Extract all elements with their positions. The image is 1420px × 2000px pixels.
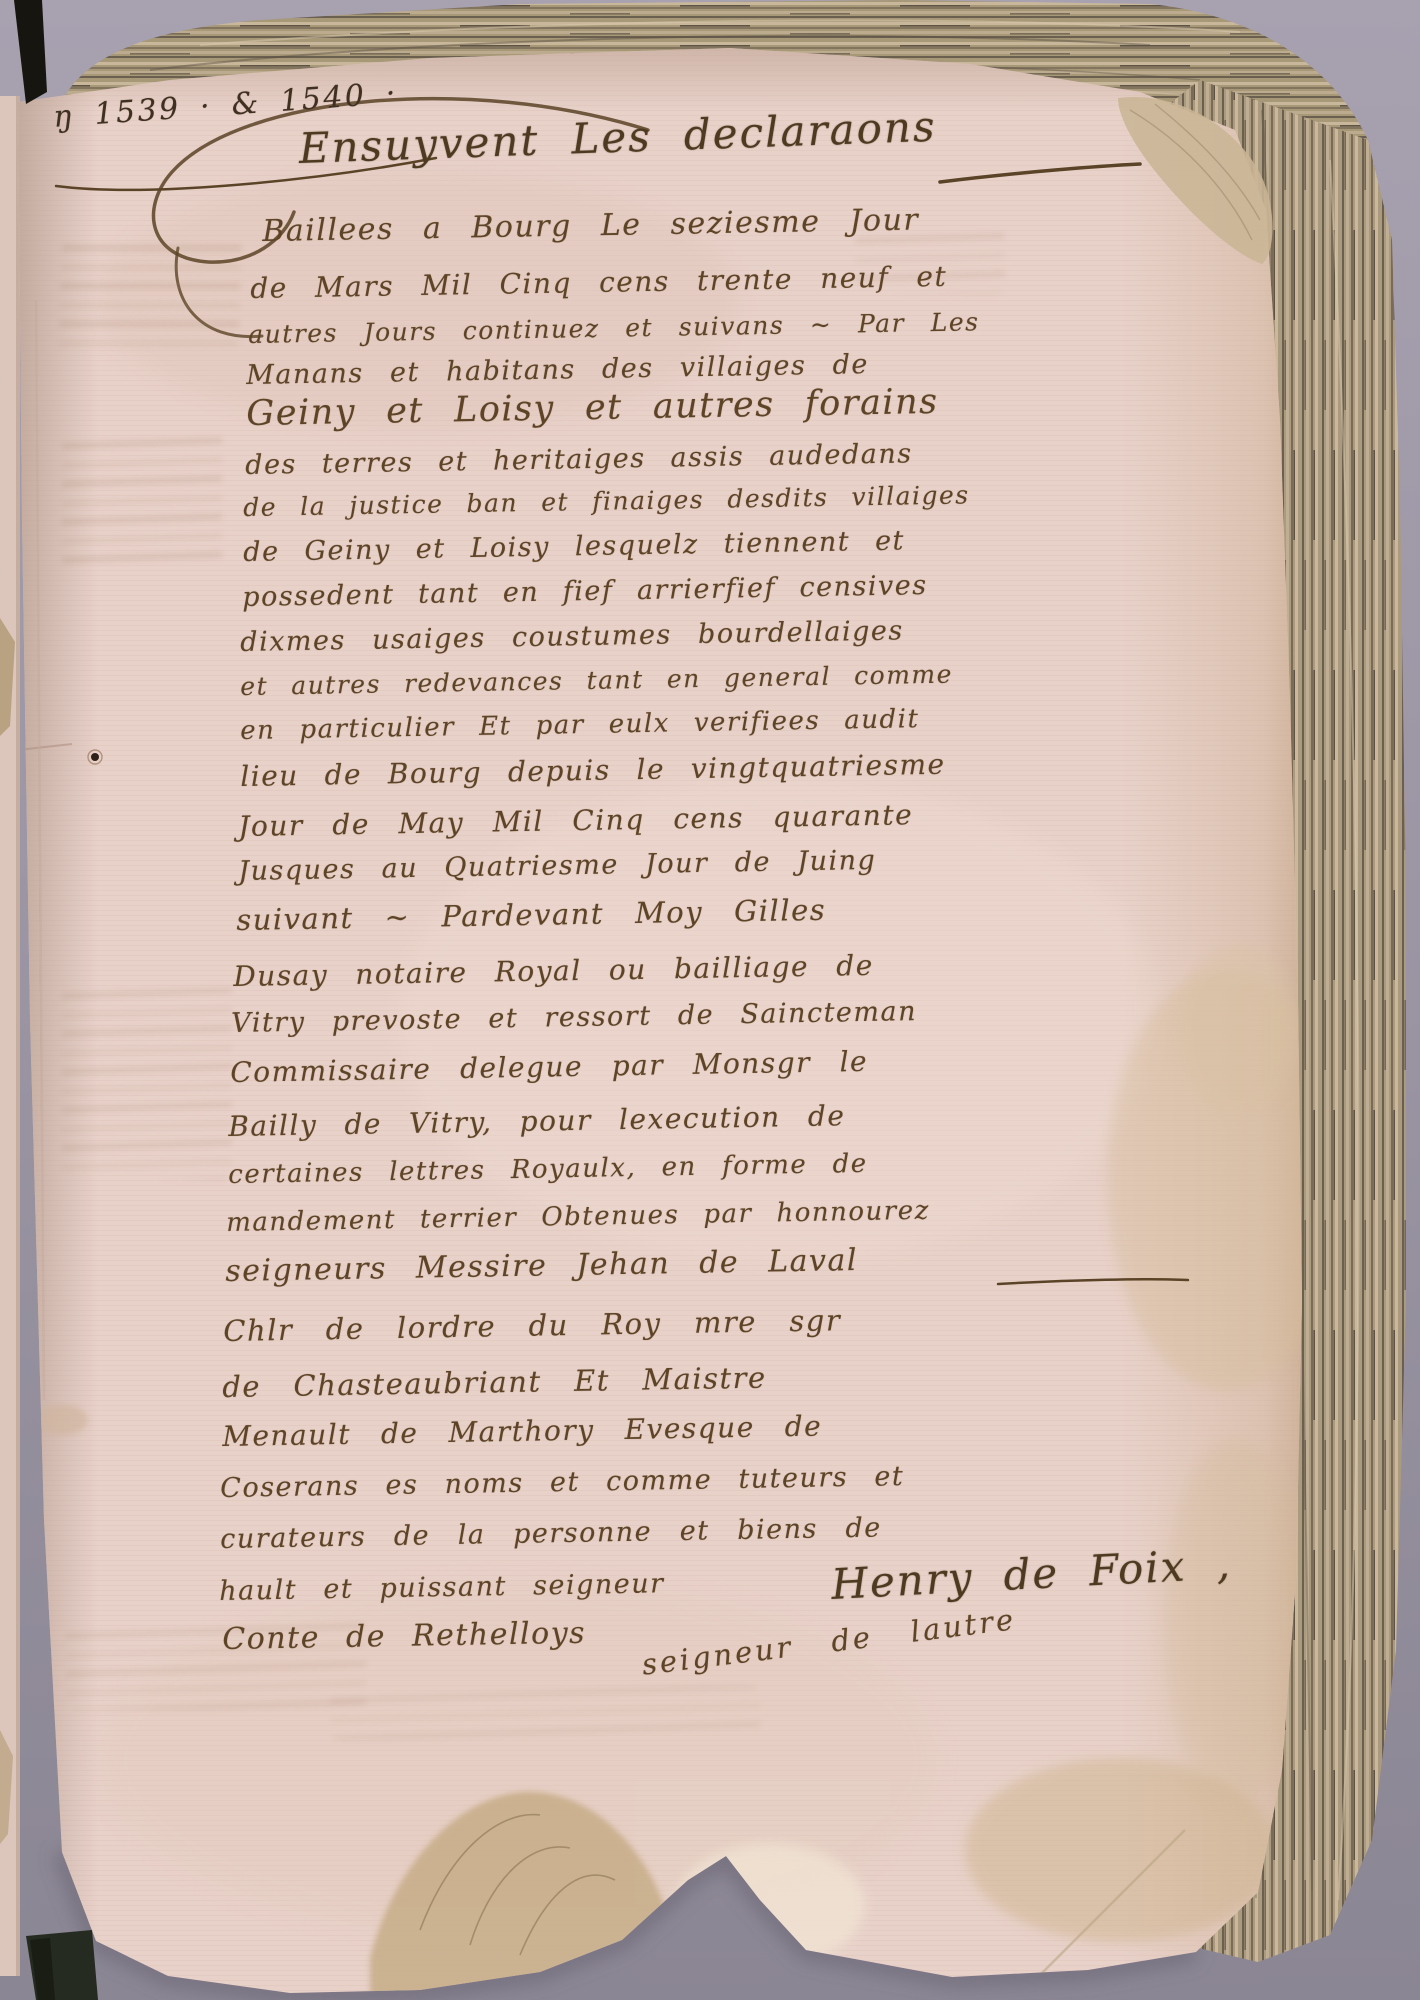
body-line: hault et puissant seigneur [219,1568,665,1607]
body-line: mandement terrier Obtenues par honnourez [226,1196,930,1238]
body-line: seigneurs Messire Jehan de Laval [225,1243,858,1289]
body-line: dixmes usaiges coustumes bourdellaiges [240,615,904,658]
body-line: Geiny et Loisy et autres forains [246,382,939,434]
line-henry-de-foix: Henry de Foix , [830,1539,1233,1609]
body-line: Jusques au Quatriesme Jour de Juing [238,845,877,887]
body-line: seigneur de lautre [640,1602,1018,1682]
body-line: Menault de Marthory Evesque de [222,1410,823,1453]
title-line: Ensuyvent Les declaraons [298,102,937,173]
body-line: curateurs de la personne et biens de [220,1512,882,1555]
body-line: possedent tant en fief arrierfief censiv… [242,570,928,613]
body-line: et autres redevances tant en general com… [240,660,953,701]
body-line: Commissaire delegue par Monsgr le [230,1045,868,1089]
body-line: en particulier Et par eulx verifiees aud… [240,704,920,746]
body-line: Coserans es noms et comme tuteurs et [220,1461,905,1504]
body-line: Dusay notaire Royal ou bailliage de [233,949,874,993]
text-layer: ŋ 1539 · & 1540 ·Ensuyvent Les declaraon… [0,0,1420,2000]
body-line: de Geiny et Loisy lesquelz tiennent et [243,525,905,568]
body-line: de Mars Mil Cinq cens trente neuf et [250,260,947,305]
body-line: suivant ~ Pardevant Moy Gilles [236,893,826,937]
body-line: autres Jours continuez et suivans ~ Par … [248,307,980,349]
body-line: des terres et heritaiges assis audedans [245,438,913,481]
body-line: Baillees a Bourg Le seziesme Jour [262,203,920,249]
body-line: Conte de Rethelloys [222,1616,586,1657]
body-line: Chlr de lordre du Roy mre sgr [223,1303,841,1348]
body-line: de la justice ban et finaiges desdits vi… [243,480,970,522]
manuscript-scan: ŋ 1539 · & 1540 ·Ensuyvent Les declaraon… [0,0,1420,2000]
body-line: certaines lettres Royaulx, en forme de [228,1149,868,1190]
body-line: lieu de Bourg depuis le vingtquatriesme [240,748,946,793]
body-line: Vitry prevoste et ressort de Saincteman [231,996,917,1039]
body-line: Jour de May Mil Cinq cens quarante [238,798,913,843]
body-line: de Chasteaubriant Et Maistre [222,1360,767,1403]
body-line: Bailly de Vitry, pour lexecution de [228,1099,846,1143]
